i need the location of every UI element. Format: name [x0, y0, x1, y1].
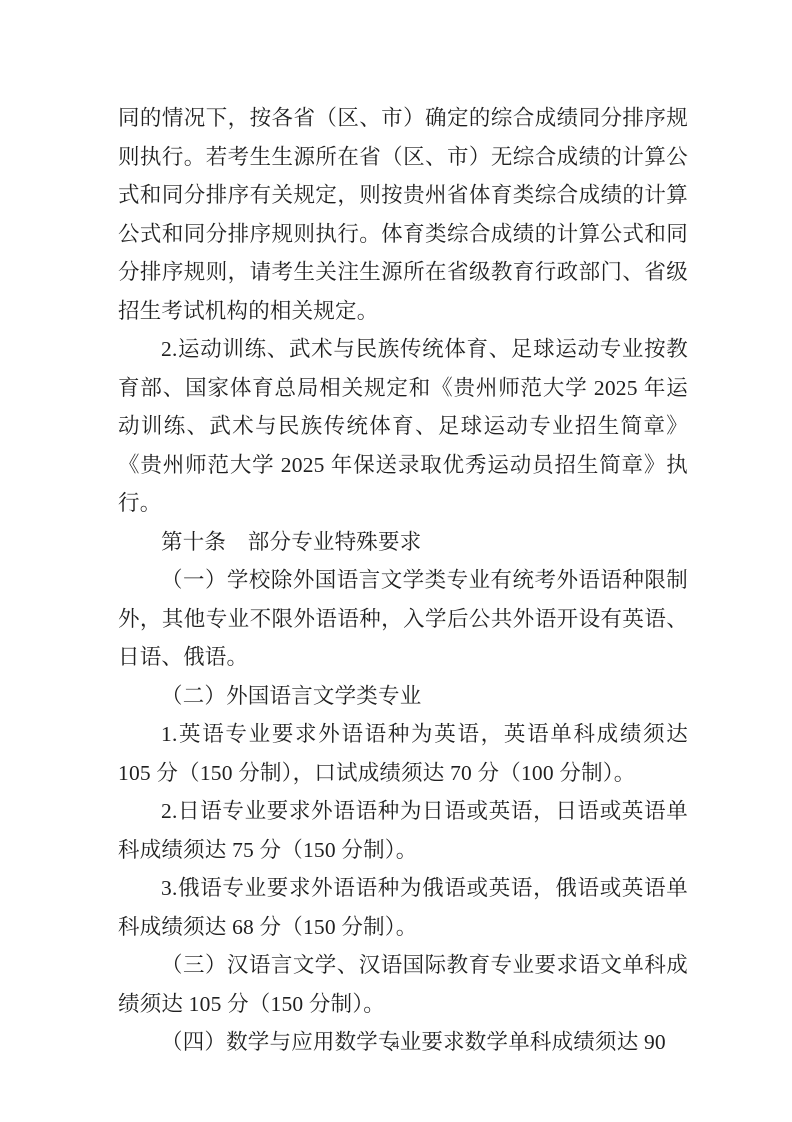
body-paragraph-japanese-requirement: 2.日语专业要求外语语种为日语或英语，日语或英语单科成绩须达 75 分（150 …: [118, 792, 688, 869]
body-paragraph-chinese-requirement: （三）汉语言文学、汉语国际教育专业要求语文单科成绩须达 105 分（150 分制…: [118, 946, 688, 1023]
document-body: 同的情况下，按各省（区、市）确定的综合成绩同分排序规则执行。若考生生源所在省（区…: [118, 99, 688, 1062]
document-page: 同的情况下，按各省（区、市）确定的综合成绩同分排序规则执行。若考生生源所在省（区…: [0, 0, 792, 1122]
article-heading: 第十条 部分专业特殊要求: [118, 523, 688, 562]
body-paragraph-language-limit: （一）学校除外国语言文学类专业有统考外语语种限制外，其他专业不限外语语种，入学后…: [118, 561, 688, 677]
body-paragraph-sports-programs: 2.运动训练、武术与民族传统体育、足球运动专业按教育部、国家体育总局相关规定和《…: [118, 330, 688, 523]
page-footer: 4: [0, 1036, 792, 1054]
body-paragraph-foreign-language-majors: （二）外国语言文学类专业: [118, 677, 688, 716]
body-paragraph-russian-requirement: 3.俄语专业要求外语语种为俄语或英语，俄语或英语单科成绩须达 68 分（150 …: [118, 869, 688, 946]
page-number: 4: [393, 1037, 400, 1052]
body-paragraph-english-requirement: 1.英语专业要求外语语种为英语，英语单科成绩须达 105 分（150 分制），口…: [118, 715, 688, 792]
body-paragraph-tie-break-rules: 同的情况下，按各省（区、市）确定的综合成绩同分排序规则执行。若考生生源所在省（区…: [118, 99, 688, 330]
